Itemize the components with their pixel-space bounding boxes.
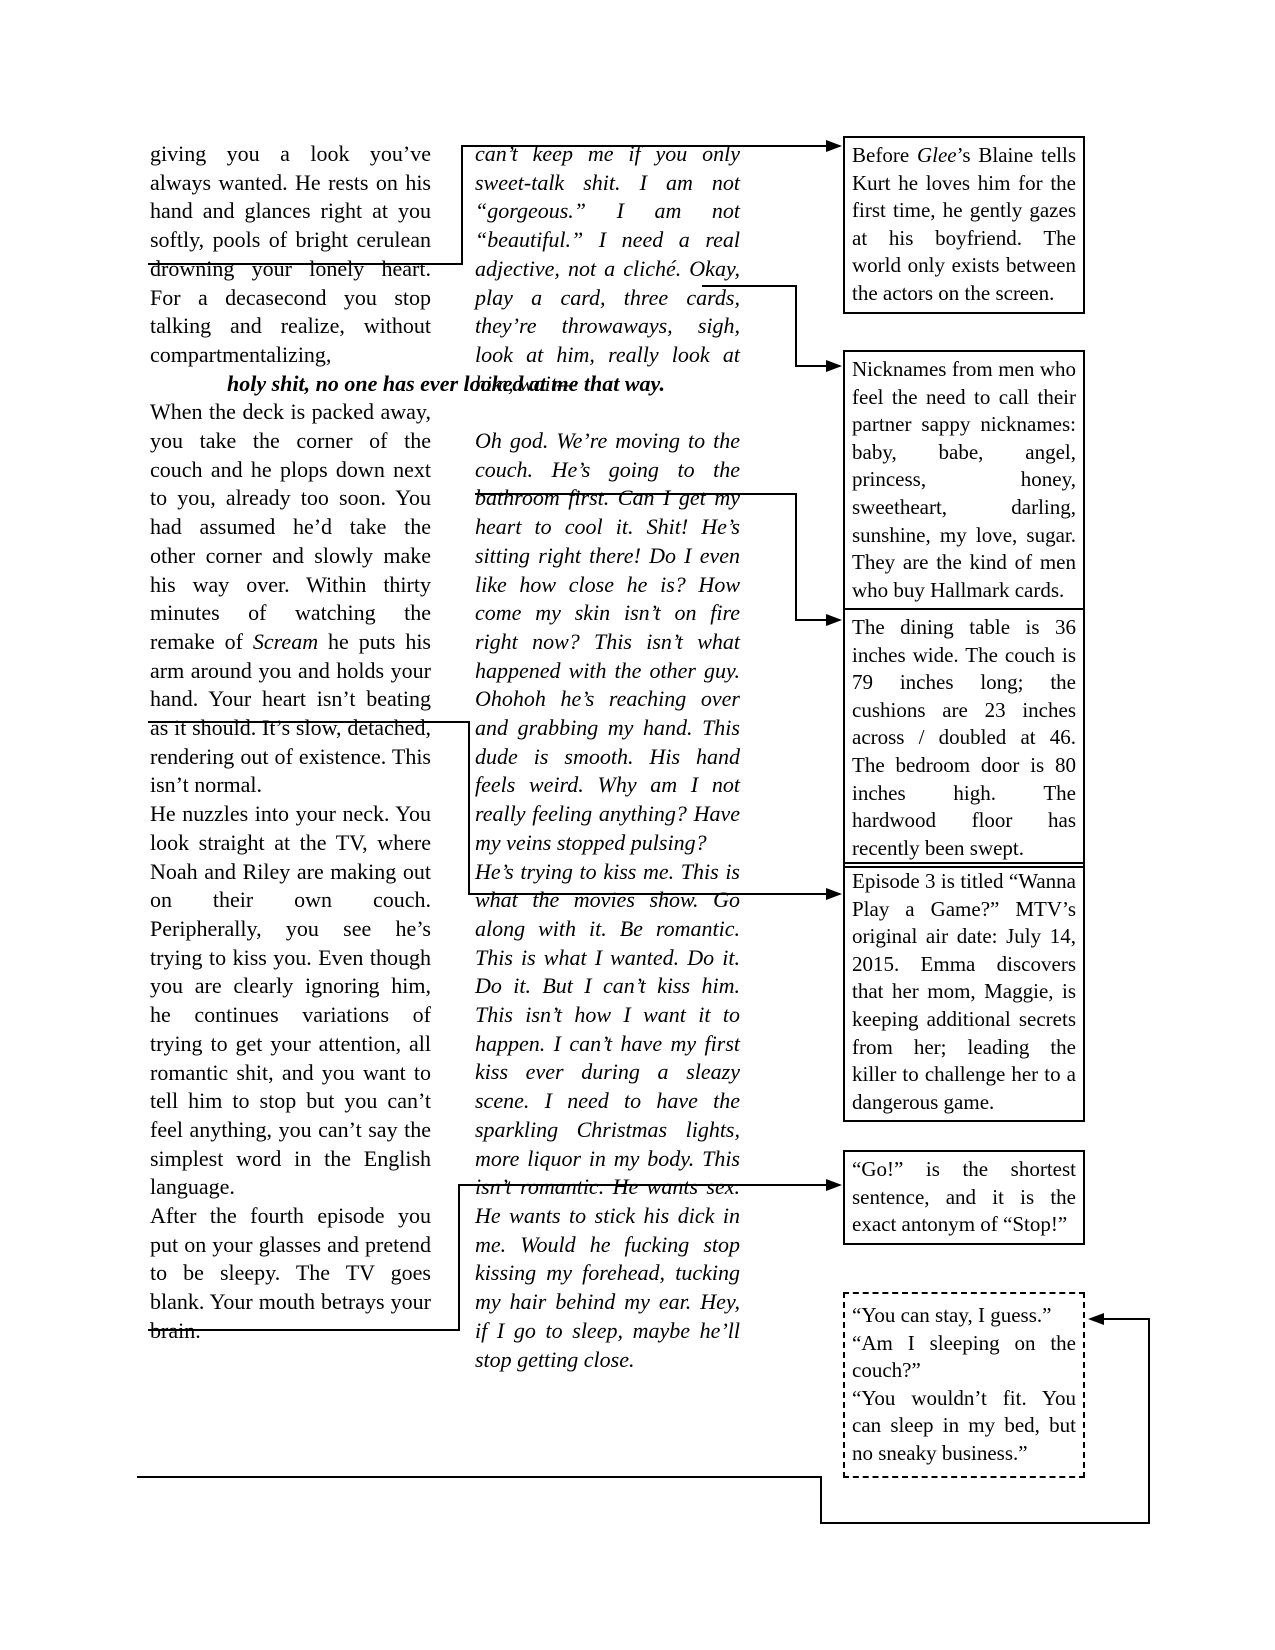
connector-underline [148, 1329, 460, 1331]
connector-line [468, 721, 470, 895]
monologue-paragraph: can’t keep me if you only sweet-talk shi… [475, 140, 740, 398]
connector-underline [148, 721, 470, 723]
annotation-text: ’s Blaine tells Kurt he loves him for th… [852, 143, 1076, 305]
narrative-paragraph: When the deck is packed away, you take t… [150, 398, 431, 800]
connector-underline [702, 285, 797, 287]
connector-line [461, 145, 463, 265]
annotation-text: Episode 3 is titled “Wanna Play a Game?”… [852, 868, 1076, 1116]
connector-line [1103, 1318, 1150, 1320]
connector-line [1148, 1318, 1150, 1524]
inner-monologue-column: can’t keep me if you only sweet-talk shi… [475, 140, 740, 1374]
arrowhead-right-icon [826, 1179, 842, 1191]
arrowhead-right-icon [826, 140, 842, 152]
connector-underline [475, 493, 797, 495]
monologue-paragraph: Oh god. We’re moving to the couch. He’s … [475, 427, 740, 858]
connector-line [458, 1184, 460, 1331]
arrowhead-left-icon [1088, 1313, 1104, 1325]
connector-underline [148, 263, 463, 265]
annotation-box-nicknames: Nicknames from men who feel the need to … [843, 350, 1085, 610]
connector-line [461, 145, 828, 147]
interjection-spacer [475, 398, 740, 427]
narrative-paragraph: After the fourth episode you put on your… [150, 1202, 431, 1346]
show-title-glee: Glee [917, 143, 957, 167]
narrative-text: he puts his arm around you and holds you… [150, 629, 431, 798]
monologue-paragraph: He’s trying to kiss me. This is what the… [475, 858, 740, 1375]
arrowhead-right-icon [826, 888, 842, 900]
dialogue-line: “Am I sleeping on the couch?” [852, 1330, 1076, 1385]
annotation-text: Before Glee’s Blaine tells Kurt he loves… [852, 142, 1076, 308]
connector-line [795, 285, 797, 367]
narrative-paragraph: giving you a look you’ve always wanted. … [150, 140, 431, 370]
movie-title-scream: Scream [253, 629, 318, 654]
manuscript-page: giving you a look you’ve always wanted. … [0, 0, 1275, 1650]
annotation-box-go: “Go!” is the shortest sentence, and it i… [843, 1150, 1085, 1245]
connector-line [137, 1476, 822, 1478]
annotation-text: Before [852, 143, 917, 167]
connector-line [820, 1476, 822, 1524]
connector-line [468, 893, 828, 895]
annotation-text: The dining table is 36 inches wide. The … [852, 614, 1076, 862]
connector-line [795, 365, 828, 367]
connector-line [795, 493, 797, 621]
annotation-box-measurements: The dining table is 36 inches wide. The … [843, 608, 1085, 868]
narrative-paragraph: He nuzzles into your neck. You look stra… [150, 800, 431, 1202]
annotation-text: Nicknames from men who feel the need to … [852, 356, 1076, 604]
dialogue-box-dashed: “You can stay, I guess.” “Am I sleeping … [843, 1292, 1085, 1478]
left-narrative-column: giving you a look you’ve always wanted. … [150, 140, 431, 1346]
narrative-text: When the deck is packed away, you take t… [150, 399, 431, 654]
connector-line [458, 1184, 828, 1186]
annotation-text: “Go!” is the shortest sentence, and it i… [852, 1156, 1076, 1239]
annotation-box-glee: Before Glee’s Blaine tells Kurt he loves… [843, 136, 1085, 314]
annotation-box-episode3: Episode 3 is titled “Wanna Play a Game?”… [843, 862, 1085, 1122]
arrowhead-right-icon [826, 614, 842, 626]
dialogue-line: “You wouldn’t fit. You can sleep in my b… [852, 1385, 1076, 1468]
arrowhead-right-icon [826, 360, 842, 372]
connector-line [820, 1522, 1150, 1524]
dialogue-line: “You can stay, I guess.” [852, 1302, 1076, 1330]
connector-line [795, 619, 828, 621]
